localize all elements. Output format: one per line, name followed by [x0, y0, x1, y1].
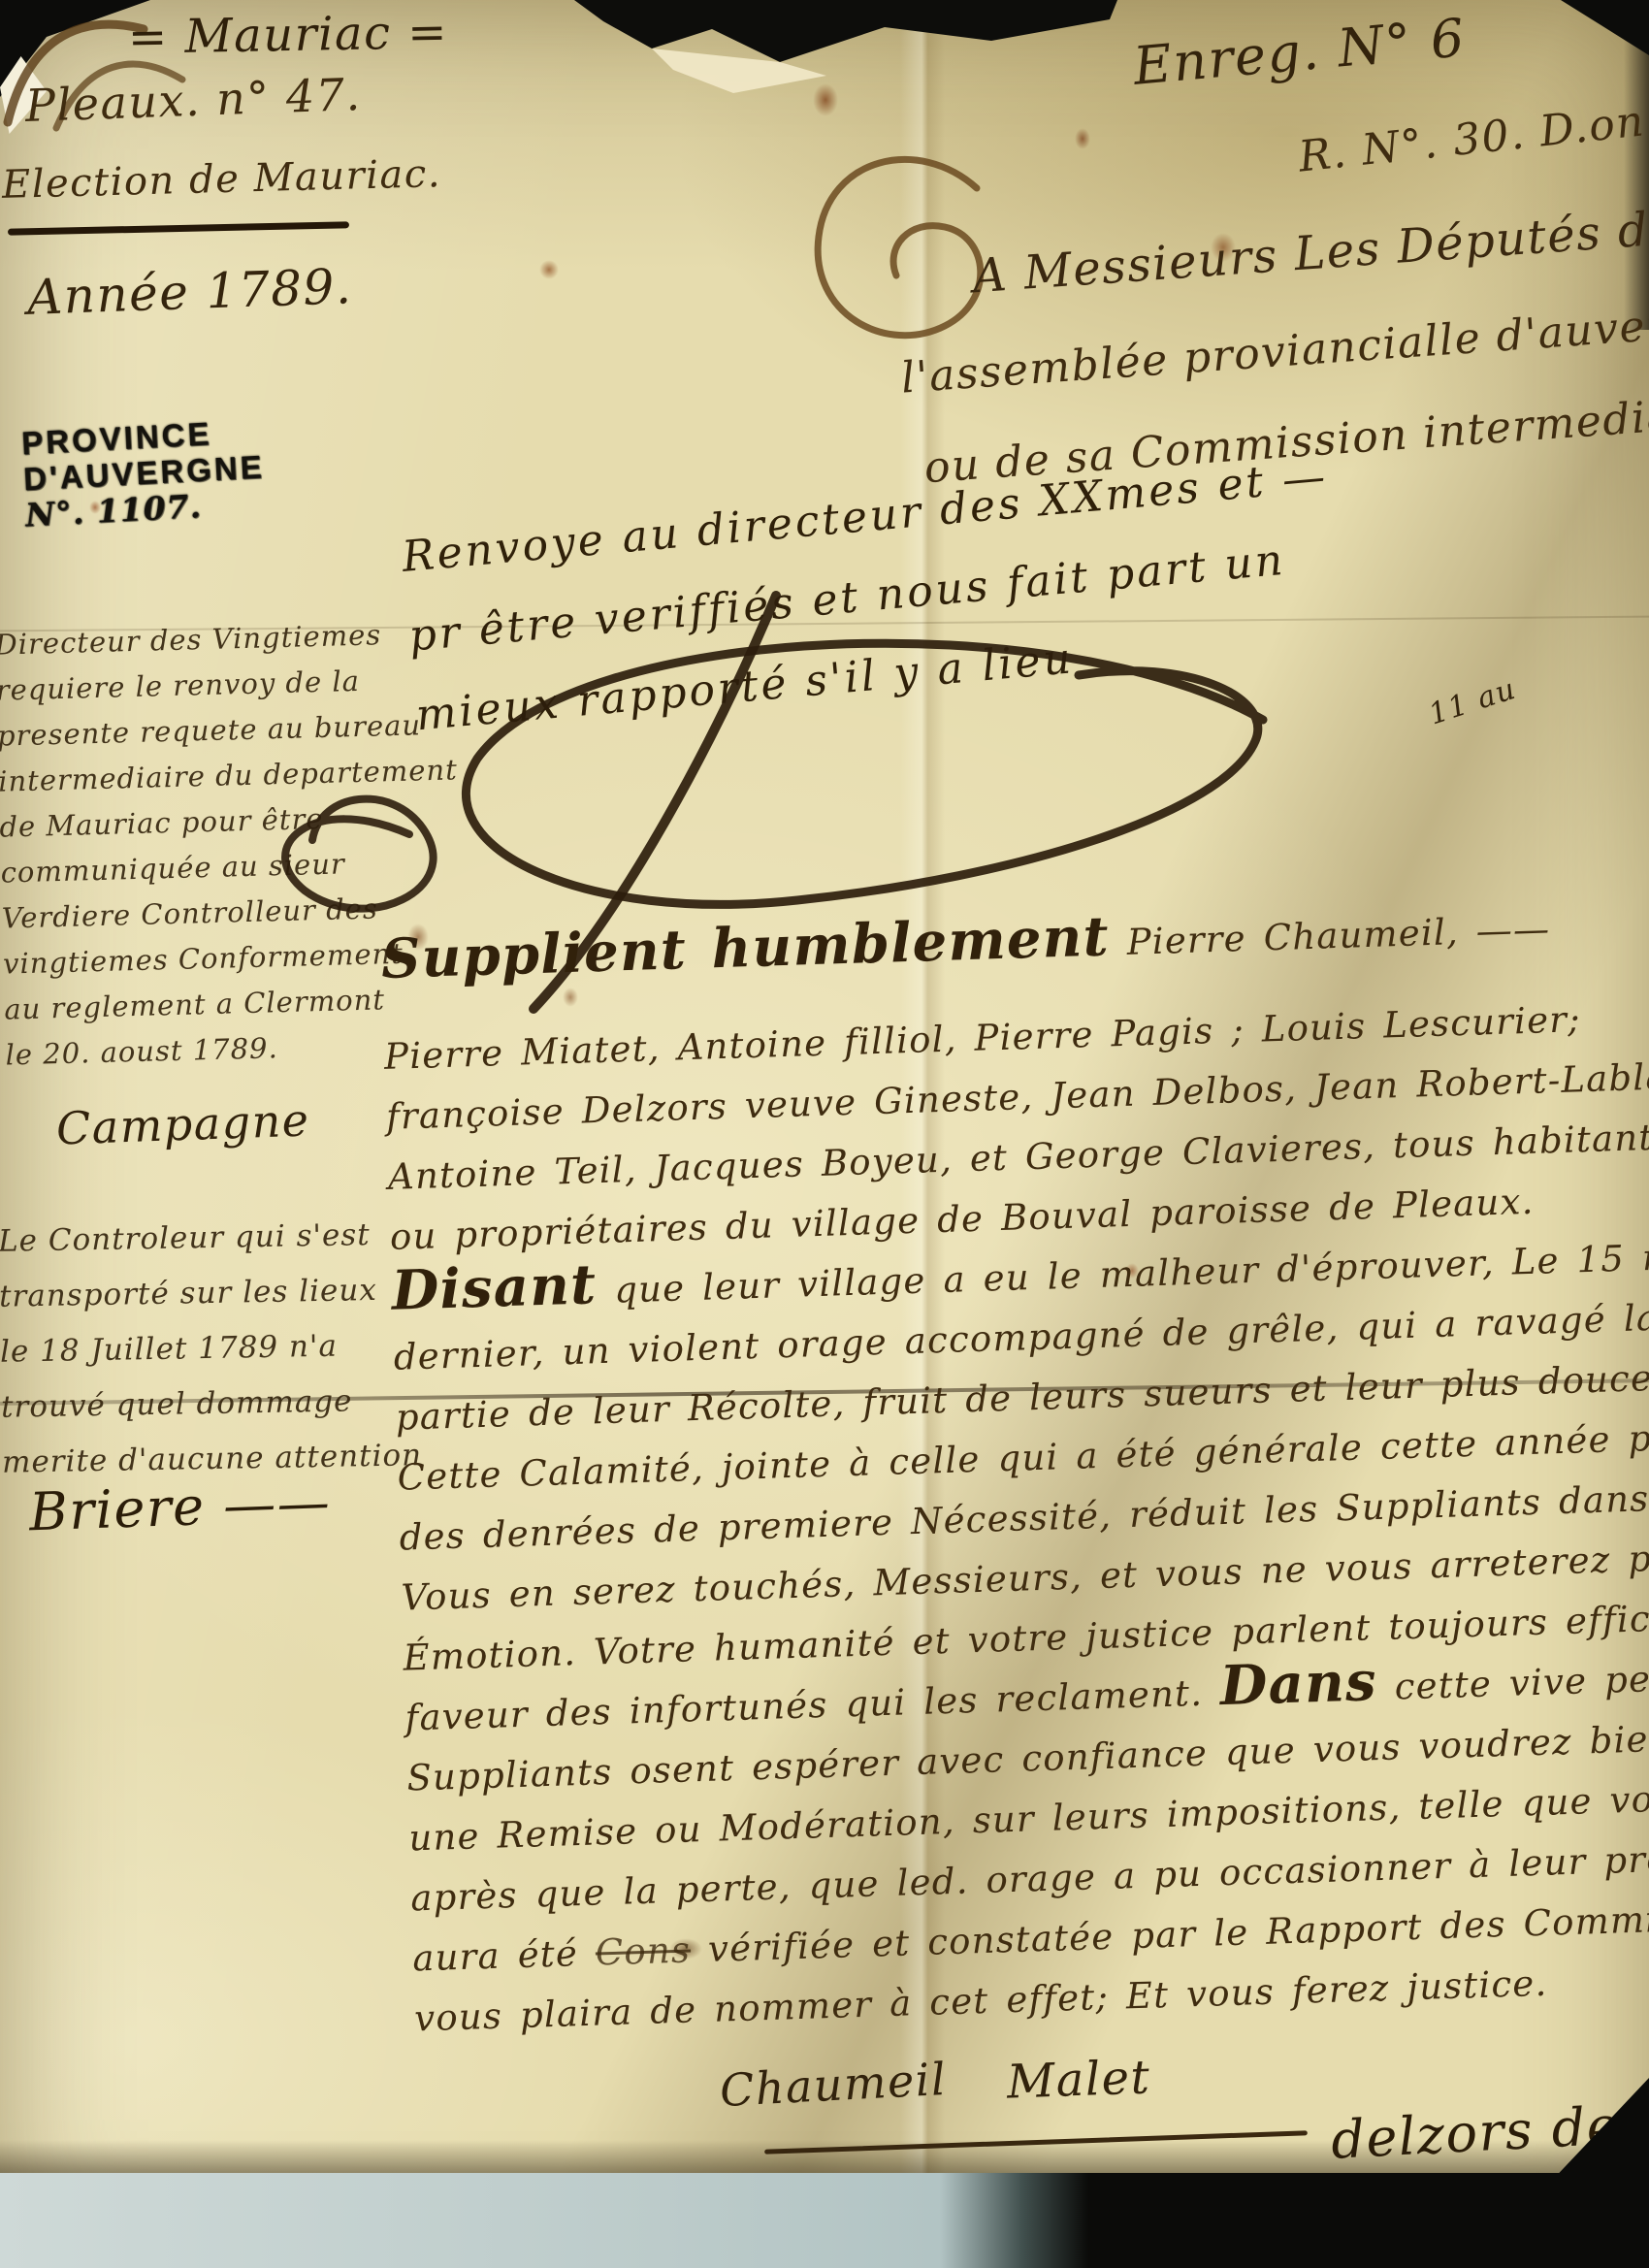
- line-text: Pierre Chaumeil, ——: [1109, 908, 1551, 963]
- address-initial-paraph: [797, 147, 1001, 371]
- signature-briere: Briere ——: [28, 1472, 332, 1543]
- margin-note-line: Le Controleur qui s'est: [0, 1207, 415, 1269]
- line-text-emphasis: Disant: [391, 1252, 598, 1323]
- paper-bottom-edge-shadow: [0, 2140, 1649, 2177]
- ink-stain: [539, 260, 559, 279]
- margin-note-controleur: Le Controleur qui s'est transporté sur l…: [0, 1207, 419, 1490]
- petition-body: Supplient humblement Pierre Chaumeil, ——…: [380, 890, 1649, 2043]
- signature-campagne: Campagne: [55, 1093, 310, 1154]
- line-text: cette vive persuasion, L: [1376, 1651, 1649, 1708]
- scanner-bed-band: [0, 2173, 1649, 2268]
- header-year: Année 1789.: [26, 258, 353, 326]
- manuscript-scan: = Mauriac = Pleaux. n° 47. Election de M…: [0, 0, 1649, 2268]
- margin-note-line: le 18 Juillet 1789 n'a: [0, 1317, 417, 1379]
- signature-malet: Malet: [1006, 2050, 1151, 2109]
- header-election-office: = Mauriac =: [128, 5, 449, 65]
- paper-tear: [535, 0, 1176, 107]
- line-text-struck: Cons: [595, 1928, 692, 1973]
- margin-note-line: trouvé quel dommage: [1, 1373, 419, 1435]
- archive-stamp: PROVINCE D'AUVERGNE N°. 1107.: [20, 413, 267, 534]
- margin-note-line: transporté sur les lieux: [0, 1262, 416, 1324]
- ink-stain: [1075, 128, 1090, 149]
- line-text: aura été: [412, 1932, 597, 1980]
- line-text-emphasis: Dans: [1219, 1649, 1378, 1718]
